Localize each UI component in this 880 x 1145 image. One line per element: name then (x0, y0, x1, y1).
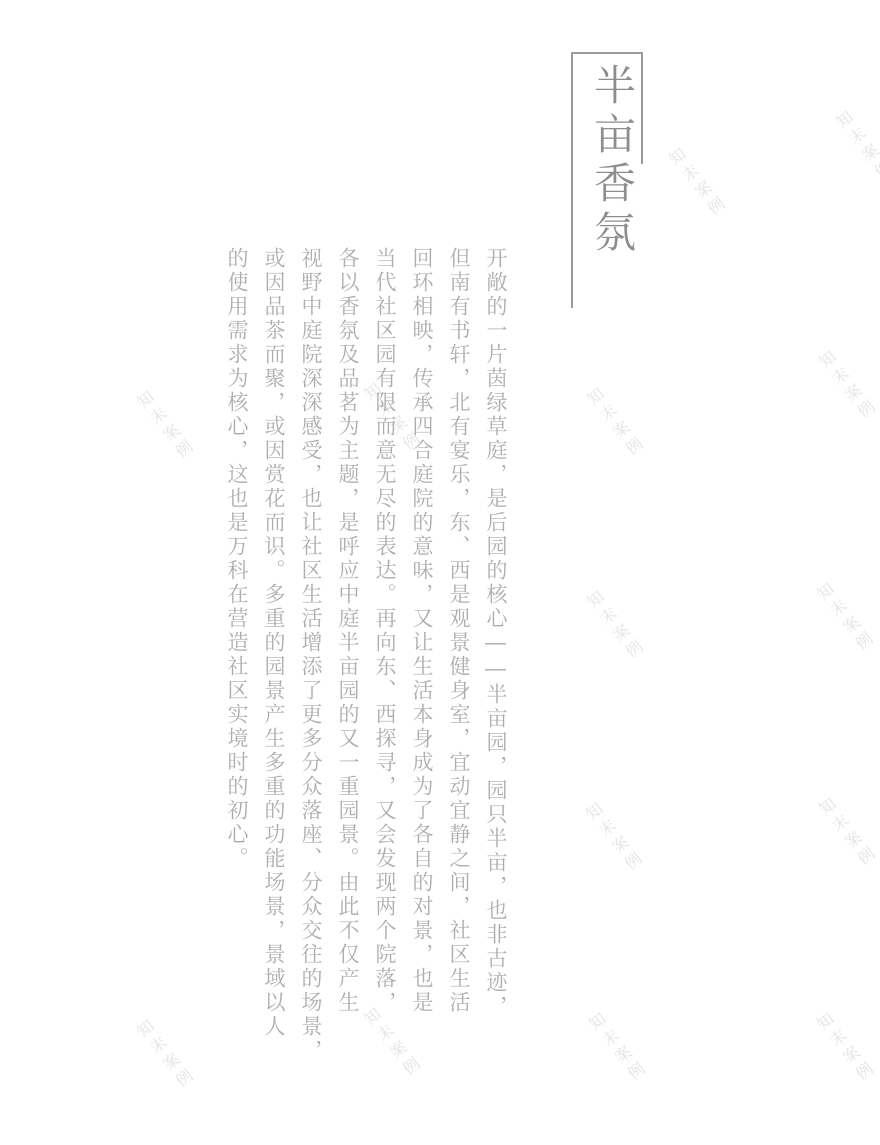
watermark: 知末案例 (810, 579, 880, 659)
document-page: 知末案例 知末案例 知末案例 知末案例 知末案例 知末案例 知末案例 知末案例 … (0, 0, 880, 1145)
watermark: 知末案例 (662, 144, 732, 224)
watermark: 知末案例 (130, 1016, 200, 1096)
title-bracket-top-line (571, 52, 643, 54)
watermark: 知末案例 (580, 587, 650, 667)
body-text-column: 但南有书轩，北有宴乐，东、西是观景健身室，宜动宜静之间，社区生活 (440, 247, 477, 1065)
watermark: 知末案例 (582, 1009, 652, 1089)
watermark: 知末案例 (829, 107, 880, 187)
watermark: 知末案例 (580, 384, 650, 464)
watermark: 知末案例 (810, 1009, 880, 1089)
body-text-column: 视野中庭院深深感受，也让社区生活增添了更多分众落座、分众交往的场景， (292, 247, 329, 1065)
article-body: 开敞的一片茵绿草庭，是后园的核心——半亩园，园只半亩，也非古迹， 但南有书轩，北… (218, 247, 514, 1065)
body-text-column: 当代社区园有限而意无尽的表达。再向东、西探寻，又会发现两个院落， (366, 247, 403, 1065)
body-text-column: 或因品茶而聚，或因赏花而识。多重的园景产生多重的功能场景，景域以人 (255, 247, 292, 1065)
watermark: 知末案例 (812, 347, 880, 427)
watermark: 知末案例 (130, 387, 200, 467)
body-text-column: 的使用需求为核心，这也是万科在营造社区实境时的初心。 (218, 247, 255, 1065)
body-text-column: 各以香氛及品茗为主题，是呼应中庭半亩园的又一重园景。由此不仅产生 (329, 247, 366, 1065)
body-text-column: 回环相映，传承四合庭院的意味，又让生活本身成为了各自的对景，也是 (403, 247, 440, 1065)
page-title: 半亩香氛 (582, 63, 642, 259)
body-text-column: 开敞的一片茵绿草庭，是后园的核心——半亩园，园只半亩，也非古迹， (477, 247, 514, 1065)
watermark: 知末案例 (812, 794, 880, 874)
title-bracket-left-line (571, 52, 573, 308)
watermark: 知末案例 (579, 799, 649, 879)
